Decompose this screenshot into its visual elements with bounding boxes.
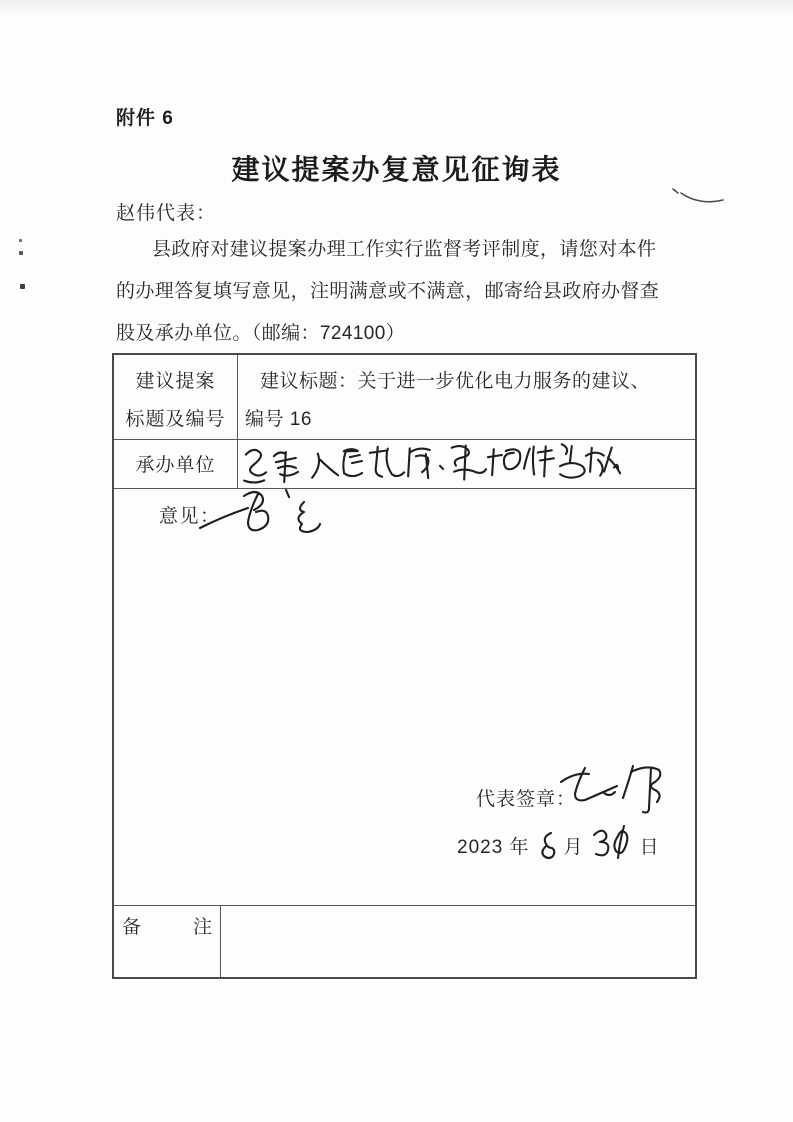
intro-line-3: 股及承办单位。（邮编：724100）: [116, 318, 405, 345]
scan-speck: [20, 284, 25, 289]
signature-date-line: 2023 年 月 日: [457, 825, 660, 859]
proposal-row-label-line2: 标题及编号: [114, 404, 237, 431]
date-month-handwritten: [538, 831, 556, 861]
attachment-label: 附件 6: [116, 103, 174, 130]
undertaker-handwritten-value: [240, 439, 625, 492]
page-title: 建议提案办复意见征询表: [0, 148, 793, 188]
scanned-form-page: 附件 6 建议提案办复意见征询表 赵伟代表： 县政府对建议提案办理工作实行监督考…: [0, 0, 793, 1122]
remarks-label-char2: 注: [193, 912, 212, 939]
proposal-number-value: 编号 16: [245, 404, 312, 431]
opinion-handwritten-value: [198, 486, 330, 550]
intro-line-1: 县政府对建议提案办理工作实行监督考评制度，请您对本件: [152, 234, 656, 261]
remarks-row-label: 备 注: [122, 912, 212, 939]
scan-edge-artifact: [0, 0, 793, 15]
scan-speck: [19, 251, 23, 255]
proposal-row-label-line1: 建议提案: [114, 366, 237, 393]
date-year-printed: 2023 年: [457, 832, 530, 859]
date-month-unit: 月: [564, 832, 584, 859]
date-day-handwritten: [592, 825, 632, 861]
form-table: 建议提案 标题及编号 建议标题：关于进一步优化电力服务的建议、 编号 16 承办…: [112, 353, 697, 979]
date-day-unit: 日: [640, 832, 660, 859]
table-row-divider: [114, 905, 695, 906]
undertaker-row-label: 承办单位: [114, 450, 237, 477]
representative-handwritten-signature: [559, 760, 679, 818]
salutation: 赵伟代表：: [116, 198, 216, 225]
remarks-label-char1: 备: [122, 912, 141, 939]
scan-speck: [19, 239, 22, 242]
table-column-divider: [237, 355, 238, 489]
stray-pen-mark-icon: [670, 186, 726, 210]
table-column-divider: [220, 905, 221, 977]
intro-line-2: 的办理答复填写意见，注明满意或不满意，邮寄给县政府办督查: [116, 276, 659, 303]
proposal-title-value: 建议标题：关于进一步优化电力服务的建议、: [260, 366, 650, 393]
